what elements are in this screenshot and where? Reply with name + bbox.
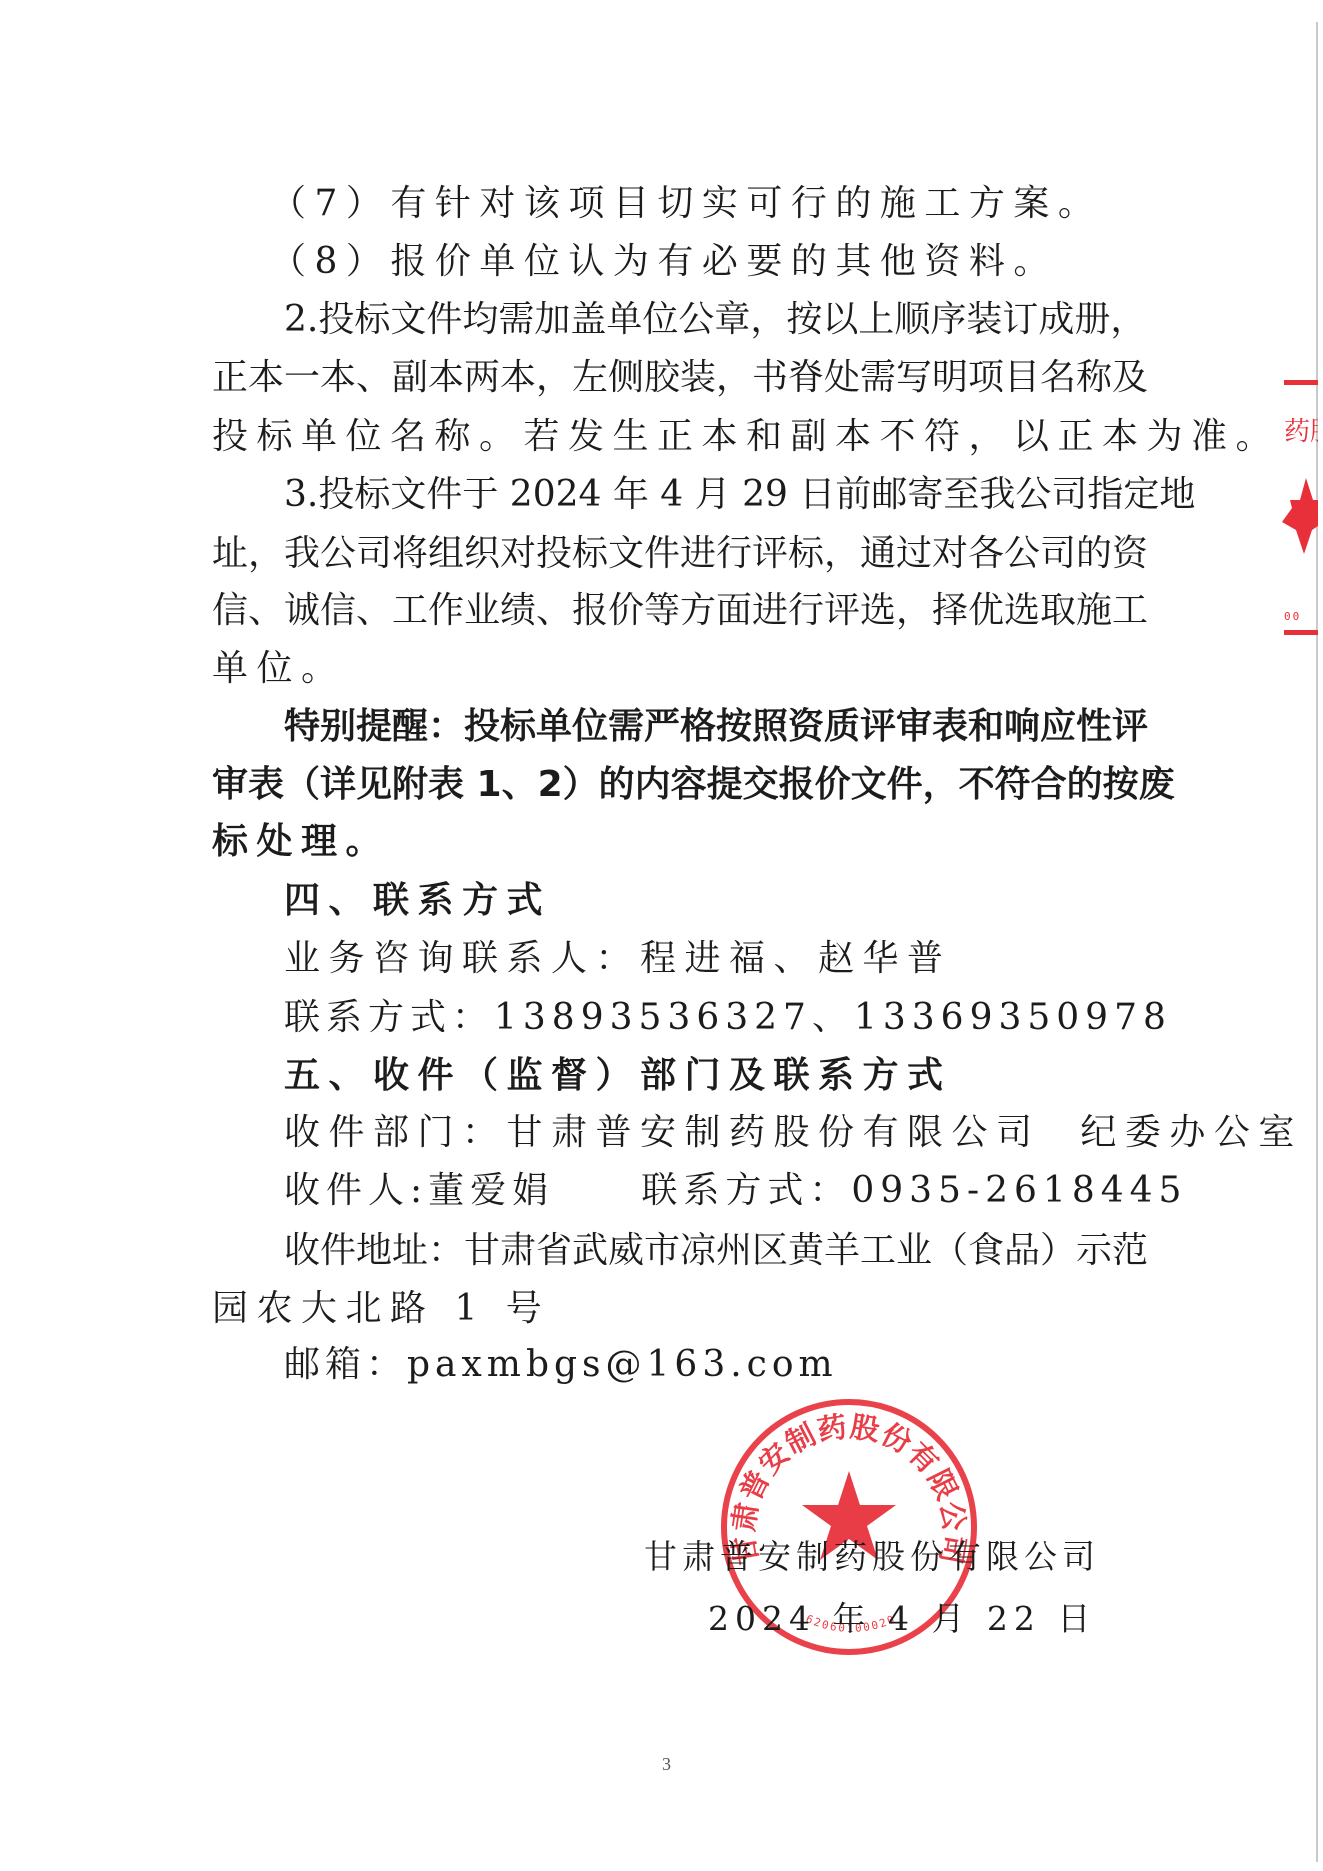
clause-3-line-1: 3.投标文件于 2024 年 4 月 29 日前邮寄至我公司指定地 [284, 466, 1144, 524]
email: 邮箱：paxmbgs@163.com [284, 1336, 1214, 1394]
edge-paging-seal: 药股 00 [1282, 380, 1318, 638]
recipient-info: 收件人:董爱娟 联系方式：0935-2618445 [284, 1162, 1214, 1220]
clause-3-line-3: 信、诚信、工作业绩、报价等方面进行评选，择优选取施工 [212, 582, 1142, 640]
consult-contact: 业务咨询联系人：程进福、赵华普 [284, 930, 1214, 988]
reminder-line-2: 审表（详见附表 1、2）的内容提交报价文件，不符合的按废 [212, 756, 1142, 814]
clause-2-line-1: 2.投标文件均需加盖单位公章，按以上顺序装订成册， [284, 291, 1144, 349]
clause-3-line-2: 址，我公司将组织对投标文件进行评标，通过对各公司的资 [212, 525, 1142, 583]
document-page: （7）有针对该项目切实可行的施工方案。 （8）报价单位认为有必要的其他资料。 2… [0, 0, 1323, 1871]
star-icon [1282, 478, 1318, 554]
address-line-1: 收件地址：甘肃省武威市凉州区黄羊工业（食品）示范 [284, 1222, 1144, 1280]
reminder-line-1: 特别提醒：投标单位需严格按照资质评审表和响应性评 [284, 698, 1144, 756]
section-5-heading: 五、收件（监督）部门及联系方式 [284, 1047, 1214, 1105]
list-item-7: （7）有针对该项目切实可行的施工方案。 [270, 175, 1130, 233]
reminder-line-3: 标处理。 [212, 813, 1142, 871]
svg-text:00: 00 [1284, 610, 1301, 623]
edge-seal-text: 药股 [1284, 417, 1318, 447]
address-line-2: 园农大北路 1 号 [212, 1280, 1142, 1338]
receiving-department: 收件部门：甘肃普安制药股份有限公司 纪委办公室 [284, 1104, 1214, 1162]
page-edge-line [1316, 22, 1318, 1862]
page-number: 3 [662, 1754, 671, 1775]
clause-2-line-3: 投标单位名称。若发生正本和副本不符，以正本为准。 [212, 408, 1142, 466]
contact-phones: 联系方式：13893536327、13369350978 [284, 989, 1214, 1047]
signature-date: 2024 年 4 月 22 日 [708, 1590, 1096, 1648]
list-item-8: （8）报价单位认为有必要的其他资料。 [270, 233, 1130, 291]
section-4-heading: 四、联系方式 [284, 872, 1214, 930]
clause-3-line-4: 单位。 [212, 640, 1142, 698]
signature-company: 甘肃普安制药股份有限公司 [644, 1528, 1100, 1586]
clause-2-line-2: 正本一本、副本两本，左侧胶装，书脊处需写明项目名称及 [212, 349, 1142, 407]
